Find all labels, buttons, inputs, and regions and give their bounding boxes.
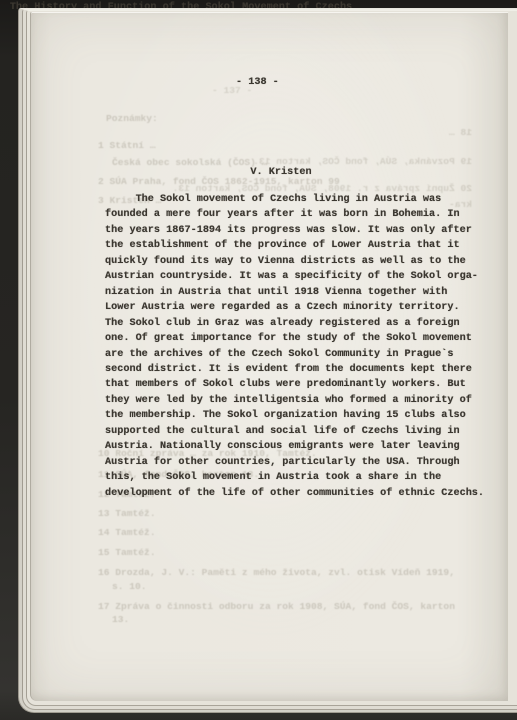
- bleedthrough-line: s. 10.: [112, 580, 147, 594]
- bleedthrough-line-mirrored: 18 …: [96, 126, 472, 140]
- bleedthrough-line: Poznámky:: [106, 112, 158, 126]
- bleedthrough-line: 13 Tamtéž.: [98, 507, 156, 521]
- bleedthrough-line: 13.: [112, 613, 129, 627]
- page-number: - 138 -: [236, 75, 279, 90]
- author-name: V. Kristen: [100, 165, 462, 180]
- scanned-document-page: Poznámky: 1 Státní … Česká obec sokolská…: [0, 0, 517, 720]
- bleedthrough-line: 17 Zpráva o činnosti odboru za rok 1908,…: [98, 600, 455, 614]
- bleedthrough-line: 16 Drozda, J. V.: Paměti z mého života, …: [98, 566, 455, 580]
- article-body-text: The Sokol movement of Czechs living in A…: [105, 192, 484, 501]
- bleedthrough-line: 1 Státní …: [98, 139, 156, 153]
- bleedthrough-line: 15 Tamtéž.: [98, 546, 156, 560]
- bleedthrough-line: 14 Tamtéž.: [98, 526, 156, 540]
